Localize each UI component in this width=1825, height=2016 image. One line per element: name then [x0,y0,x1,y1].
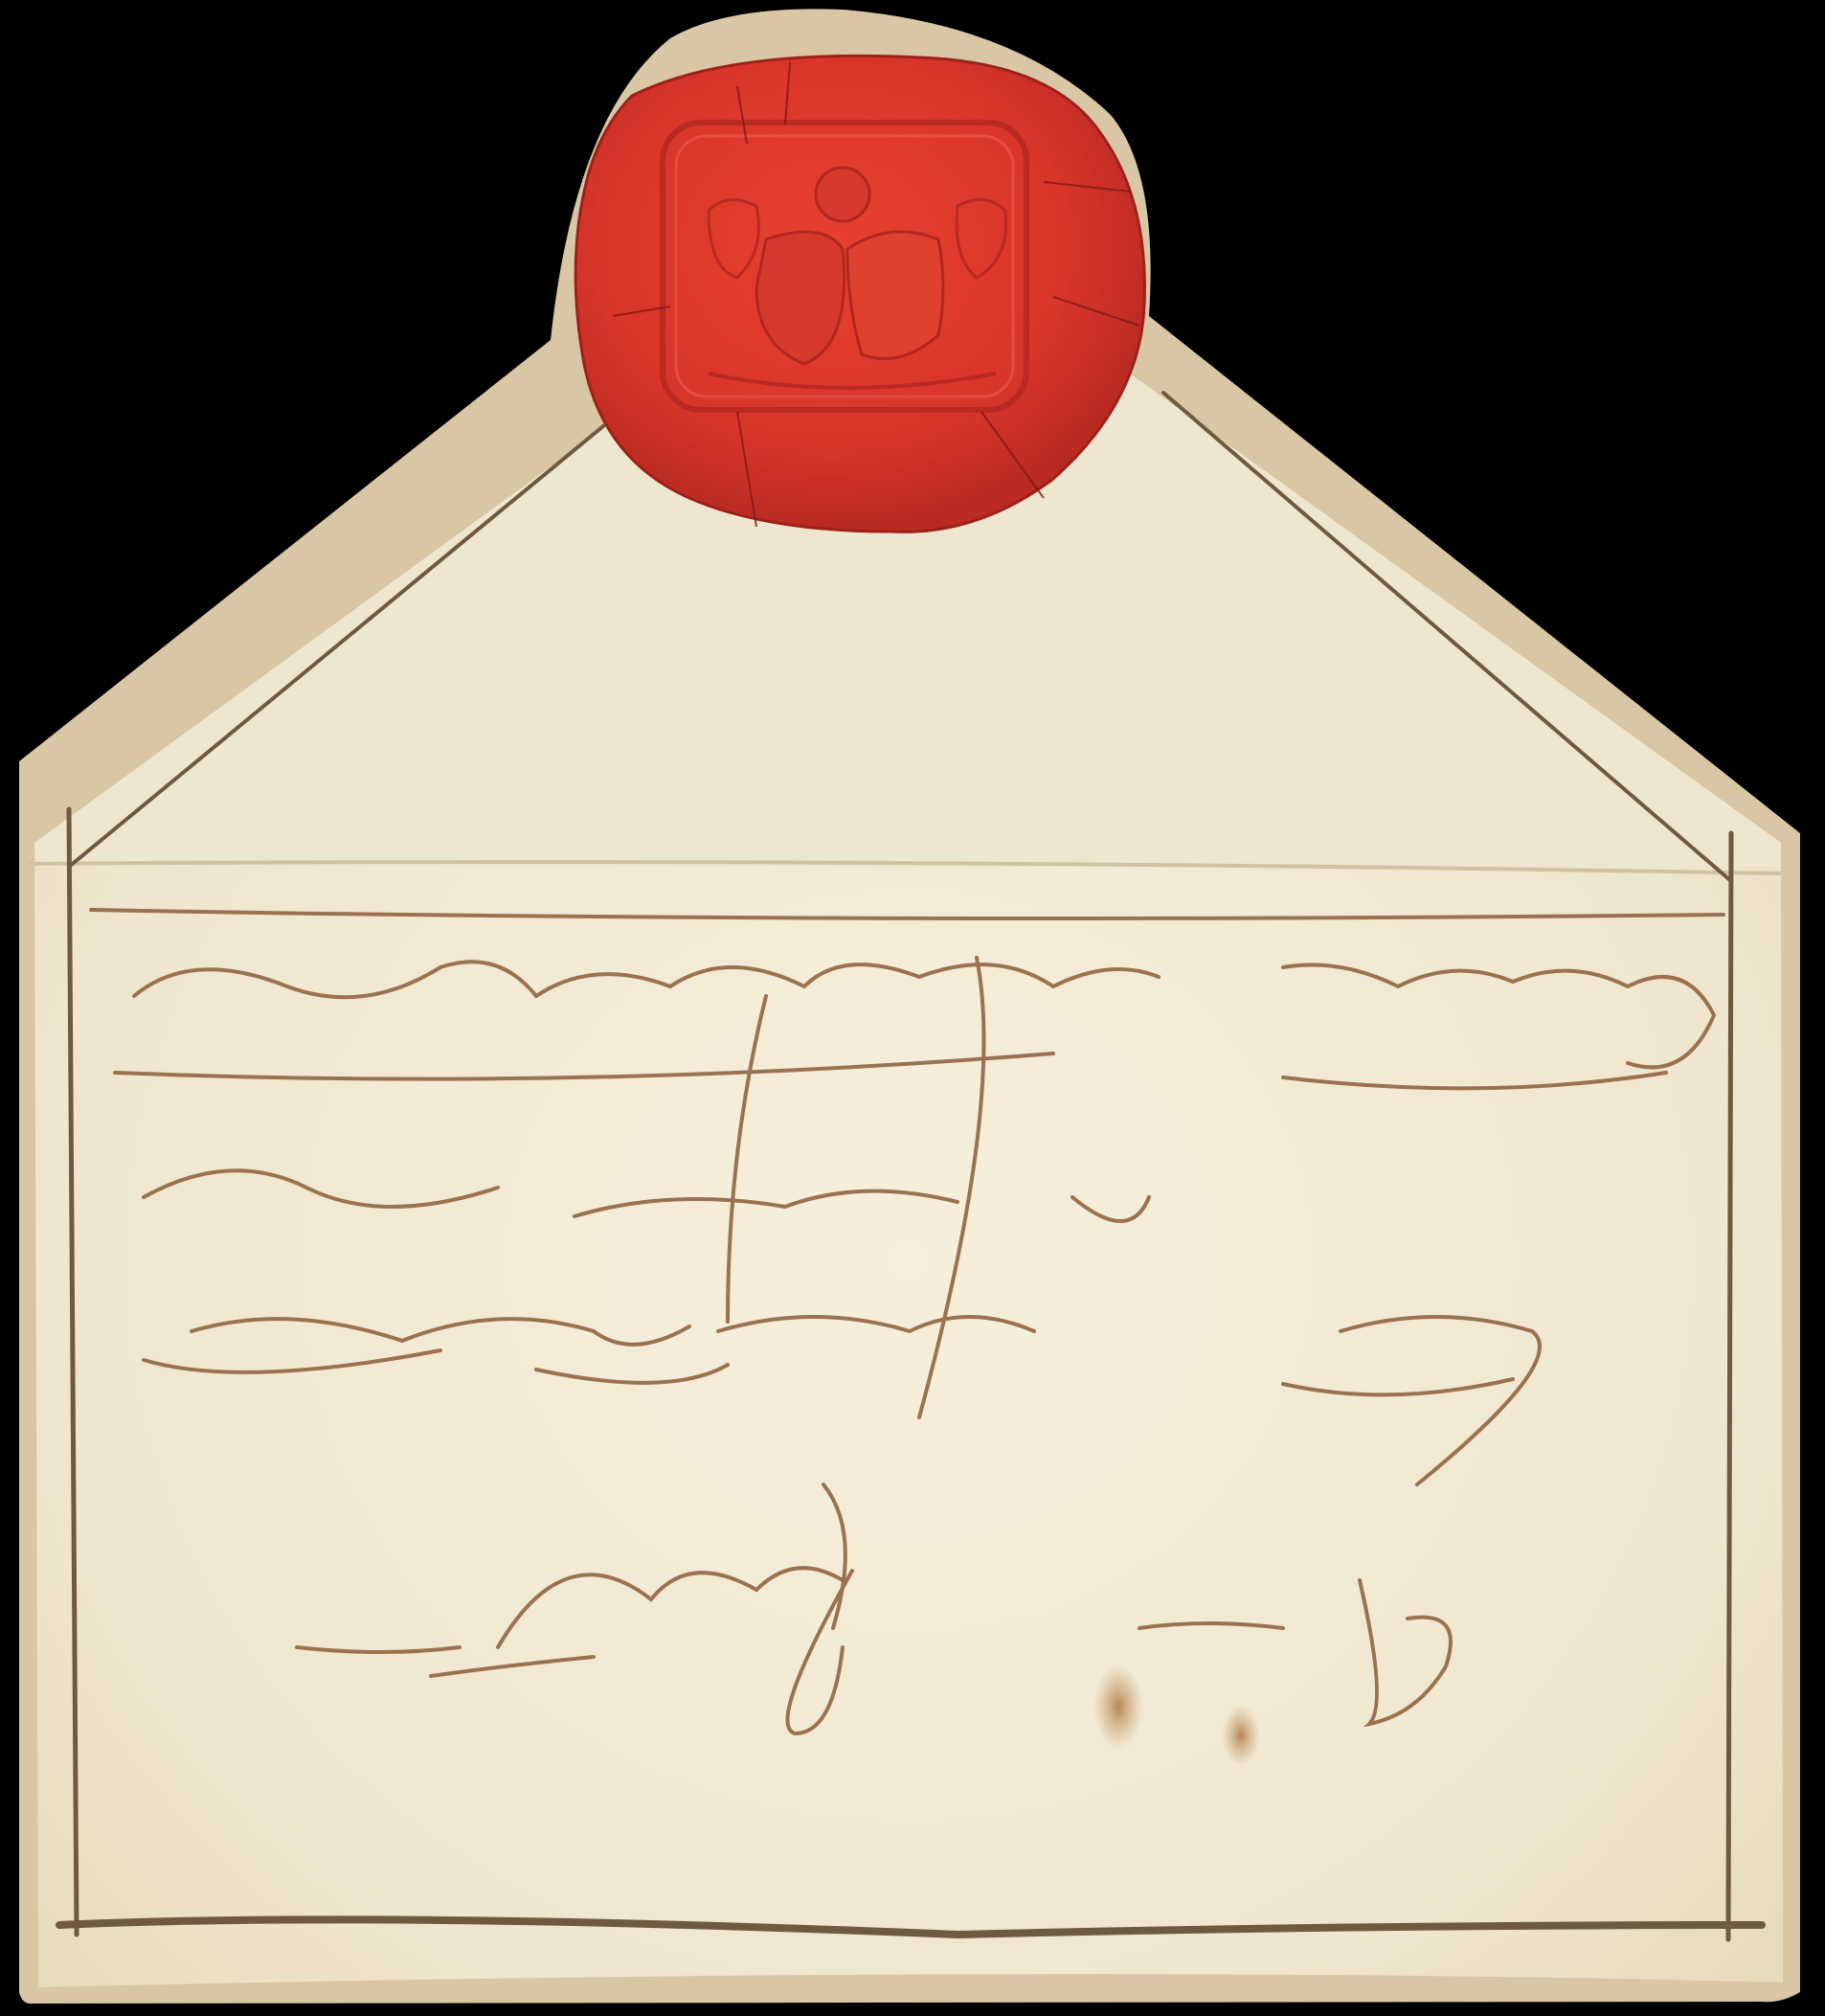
wax-seal [575,56,1144,532]
envelope-photograph [0,0,1825,2016]
